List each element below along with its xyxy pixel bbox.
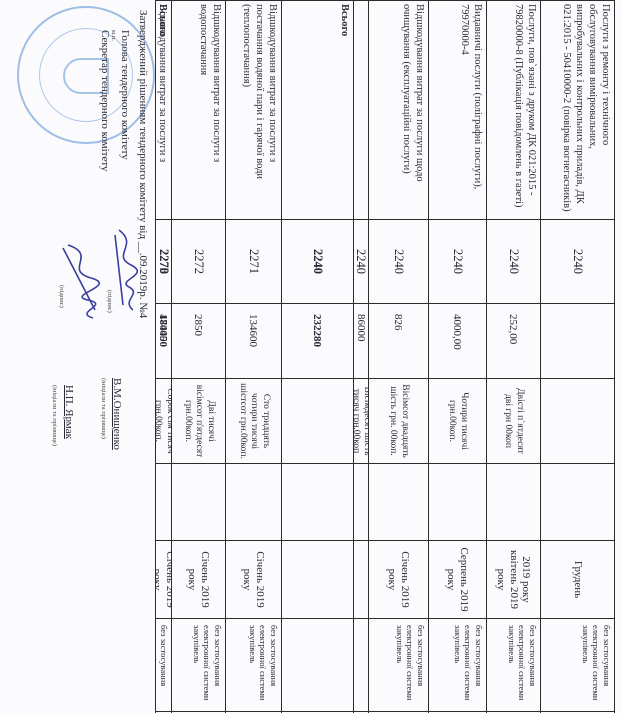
approval-footer: Затверджений рішенням тендерного комітет…: [0, 0, 153, 713]
cell-date: [354, 540, 368, 618]
cell-amount: 252,00: [487, 303, 540, 378]
cell-text: 2240: [450, 249, 465, 274]
cell-text: Грудень: [571, 561, 584, 598]
cell-empty: [226, 463, 281, 540]
cell-method: [156, 618, 171, 713]
cell-date: Серпень 2019 року: [429, 540, 486, 618]
chairman-name: В.М.Онищенко: [111, 378, 123, 450]
cell-text: 2850: [193, 314, 205, 336]
cell-description: Відшкодування витрат за послуги щодо очи…: [369, 0, 428, 219]
cell-text: без застосування електронної системи зак…: [192, 625, 223, 700]
cell-method: без застосування електронної системи зак…: [429, 618, 486, 713]
cell-text: Послуги, пов`язані з друком ДК 021:2015 …: [513, 4, 537, 207]
cell-description: Послуги з ремонту і технічного обслугову…: [541, 0, 614, 219]
cell-amount-words: Вісімсот двадцять шість грн. 00коп.: [369, 378, 428, 463]
chairman-name-caption: (ініціали та прізвище): [100, 378, 107, 439]
cell-method: без застосування електронної системи зак…: [226, 618, 281, 713]
cell-date: [156, 540, 171, 618]
cell-method: без застосування електронної системи зак…: [172, 618, 225, 713]
cell-code: 2240: [354, 219, 368, 303]
cell-text: 134600: [248, 314, 260, 347]
cell-date: Грудень: [541, 540, 614, 618]
cell-method: без застосування електронної системи зак…: [369, 618, 428, 713]
secretary-sig-caption: (підпис): [58, 285, 65, 308]
cell-code: 2240: [487, 219, 540, 303]
cell-text: 184450: [158, 314, 170, 347]
cell-code: 2240: [369, 219, 428, 303]
cell-empty: [172, 463, 225, 540]
cell-text: без застосування електронної системи зак…: [248, 625, 279, 700]
cell-amount: 4000,00: [429, 303, 486, 378]
cell-text: Січень 2019 року: [186, 545, 211, 614]
cell-text: 86000: [355, 314, 367, 342]
table-row: Видавничі послуги (поліграфні послуги), …: [429, 0, 487, 713]
cell-text: Січень 2019 року: [241, 545, 266, 614]
cell-method: [282, 618, 353, 713]
cell-description: Відшкодування витрат за послуги з постач…: [226, 0, 281, 219]
cell-text: Січень 2019 року: [386, 545, 411, 614]
cell-text: 2019 року квітень 2019 року: [495, 545, 533, 614]
cell-method: [354, 618, 368, 713]
chairman-label: Голова тендерного комітету: [119, 30, 131, 160]
cell-description: Видавничі послуги (поліграфні послуги), …: [429, 0, 486, 219]
cell-text: без застосування електронної системи зак…: [395, 625, 426, 700]
cell-text: 232280: [312, 314, 324, 347]
secretary-name-caption: (ініціали та прізвище): [51, 385, 58, 446]
secretary-signature-icon: [58, 240, 103, 320]
cell-text: Видавничі послуги (поліграфні послуги), …: [459, 4, 483, 189]
cell-date: [282, 540, 353, 618]
cell-date: Січень 2019 року: [172, 540, 225, 618]
cell-text: Серпень 2019 року: [445, 545, 470, 614]
table-row: Відшкодування витрат за послуги з водопо…: [172, 0, 226, 713]
table-row: Відшкодування витрат за послуги щодо очи…: [369, 0, 429, 713]
cell-code: 2271: [226, 219, 281, 303]
cell-text: Всього: [157, 4, 168, 36]
cell-empty: [541, 463, 614, 540]
rotated-document-page: Послуги з ремонту і технічного обслугову…: [0, 0, 623, 713]
cell-text: Вісімсот двадцять шість грн. 00коп.: [387, 383, 410, 459]
cell-amount: 826: [369, 303, 428, 378]
cell-text: 2240: [570, 249, 585, 274]
cell-empty: [282, 463, 353, 540]
table-total-row: Всього2240232280: [282, 0, 354, 713]
chairman-signature-icon: [109, 225, 141, 315]
cell-amount-words: [282, 378, 353, 463]
cell-empty: [369, 463, 428, 540]
cell-method: без застосування електронної системи зак…: [487, 618, 540, 713]
mp-label: м.п.: [110, 30, 117, 41]
cell-text: без застосування електронної системи зак…: [507, 625, 538, 700]
cell-date: Січень 2019 року: [226, 540, 281, 618]
cell-text: 2240: [506, 249, 521, 274]
cell-amount-words: Дві тисячі вісімсот п'ятдесят грн.00коп.: [172, 378, 225, 463]
cell-text: Вісімдесят шість тисяч грн.00коп: [354, 383, 368, 459]
cell-text: 2270: [156, 249, 171, 274]
cell-text: 2240: [310, 249, 325, 274]
cell-code: 2240: [541, 219, 614, 303]
official-stamp: [17, 6, 155, 144]
table-row: Послуги, пов`язані з друком ДК 021:2015 …: [487, 0, 541, 713]
table-row: Послуги з ремонту і технічного обслугову…: [541, 0, 615, 713]
cell-code: 2240: [429, 219, 486, 303]
cell-text: Відшкодування витрат за послуги щодо очи…: [401, 4, 425, 182]
cell-empty: [487, 463, 540, 540]
cell-text: Чотири тисячі грн.00коп.: [446, 383, 469, 459]
cell-description: Послуги, пов`язані з друком ДК 021:2015 …: [487, 0, 540, 219]
cell-text: Всього: [339, 4, 350, 36]
cell-text: 4000,00: [452, 314, 464, 350]
cell-empty: [354, 463, 368, 540]
cell-date: Січень 2019 року: [369, 540, 428, 618]
chairman-sig-caption: (підпис): [106, 290, 113, 313]
cell-empty: [156, 463, 171, 540]
cell-amount: 134600: [226, 303, 281, 378]
cell-code: 2270: [156, 219, 171, 303]
secretary-name: Н.П. Ярмак: [63, 385, 75, 439]
cell-description: Відшкодування витрат за послуги з водопо…: [172, 0, 225, 219]
cell-amount: [541, 303, 614, 378]
cell-code: 2240: [282, 219, 353, 303]
cell-text: Двісті п`ятдесят дві грн 00коп: [502, 383, 525, 459]
table-outer-left-border: [156, 0, 615, 1]
cell-text: 2272: [191, 249, 206, 274]
cell-text: 2240: [391, 249, 406, 274]
cell-amount: 2850: [172, 303, 225, 378]
cell-description: Всього: [282, 0, 353, 219]
cell-amount-words: [541, 378, 614, 463]
cell-text: без застосування електронної системи зак…: [453, 625, 484, 700]
cell-amount-words: Сто тридцять чотири тисячі шістсот грн.0…: [226, 378, 281, 463]
cell-amount: 86000: [354, 303, 368, 378]
cell-description: Всього: [156, 0, 171, 219]
cell-text: 826: [393, 314, 405, 331]
table-outer-right-border: [156, 711, 615, 712]
cell-text: 2240: [354, 249, 368, 274]
cell-text: Послуги з ремонту і технічного обслугову…: [561, 4, 611, 212]
cell-amount-words: Двісті п`ятдесят дві грн 00коп: [487, 378, 540, 463]
cell-text: без застосування електронної системи зак…: [581, 625, 612, 700]
cell-text: Відшкодування витрат за послуги з постач…: [241, 4, 278, 179]
cell-description: [354, 0, 368, 219]
table-total-row: Всього2270184450: [156, 0, 172, 713]
secretary-label: Секретар тендерного комітету: [99, 30, 111, 172]
cell-method: без застосування електронної системи зак…: [541, 618, 614, 713]
cell-amount-words: [156, 378, 171, 463]
table-row: 224086000Вісімдесят шість тисяч грн.00ко…: [354, 0, 369, 713]
cell-text: 2271: [246, 249, 261, 274]
table-row: Відшкодування витрат за послуги з постач…: [226, 0, 282, 713]
cell-code: 2272: [172, 219, 225, 303]
cell-text: Сто тридцять чотири тисячі шістсот грн.0…: [236, 383, 271, 459]
cell-text: Дві тисячі вісімсот п'ятдесят грн.00коп.: [181, 383, 216, 459]
cell-amount: 232280: [282, 303, 353, 378]
cell-amount-words: Вісімдесят шість тисяч грн.00коп: [354, 378, 368, 463]
cell-date: 2019 року квітень 2019 року: [487, 540, 540, 618]
table-bottom-border: [155, 0, 156, 713]
cell-amount-words: Чотири тисячі грн.00коп.: [429, 378, 486, 463]
cell-empty: [429, 463, 486, 540]
cell-amount: 184450: [156, 303, 171, 378]
cell-text: 252,00: [508, 314, 520, 344]
cell-text: Відшкодування витрат за послуги з водопо…: [198, 4, 222, 162]
